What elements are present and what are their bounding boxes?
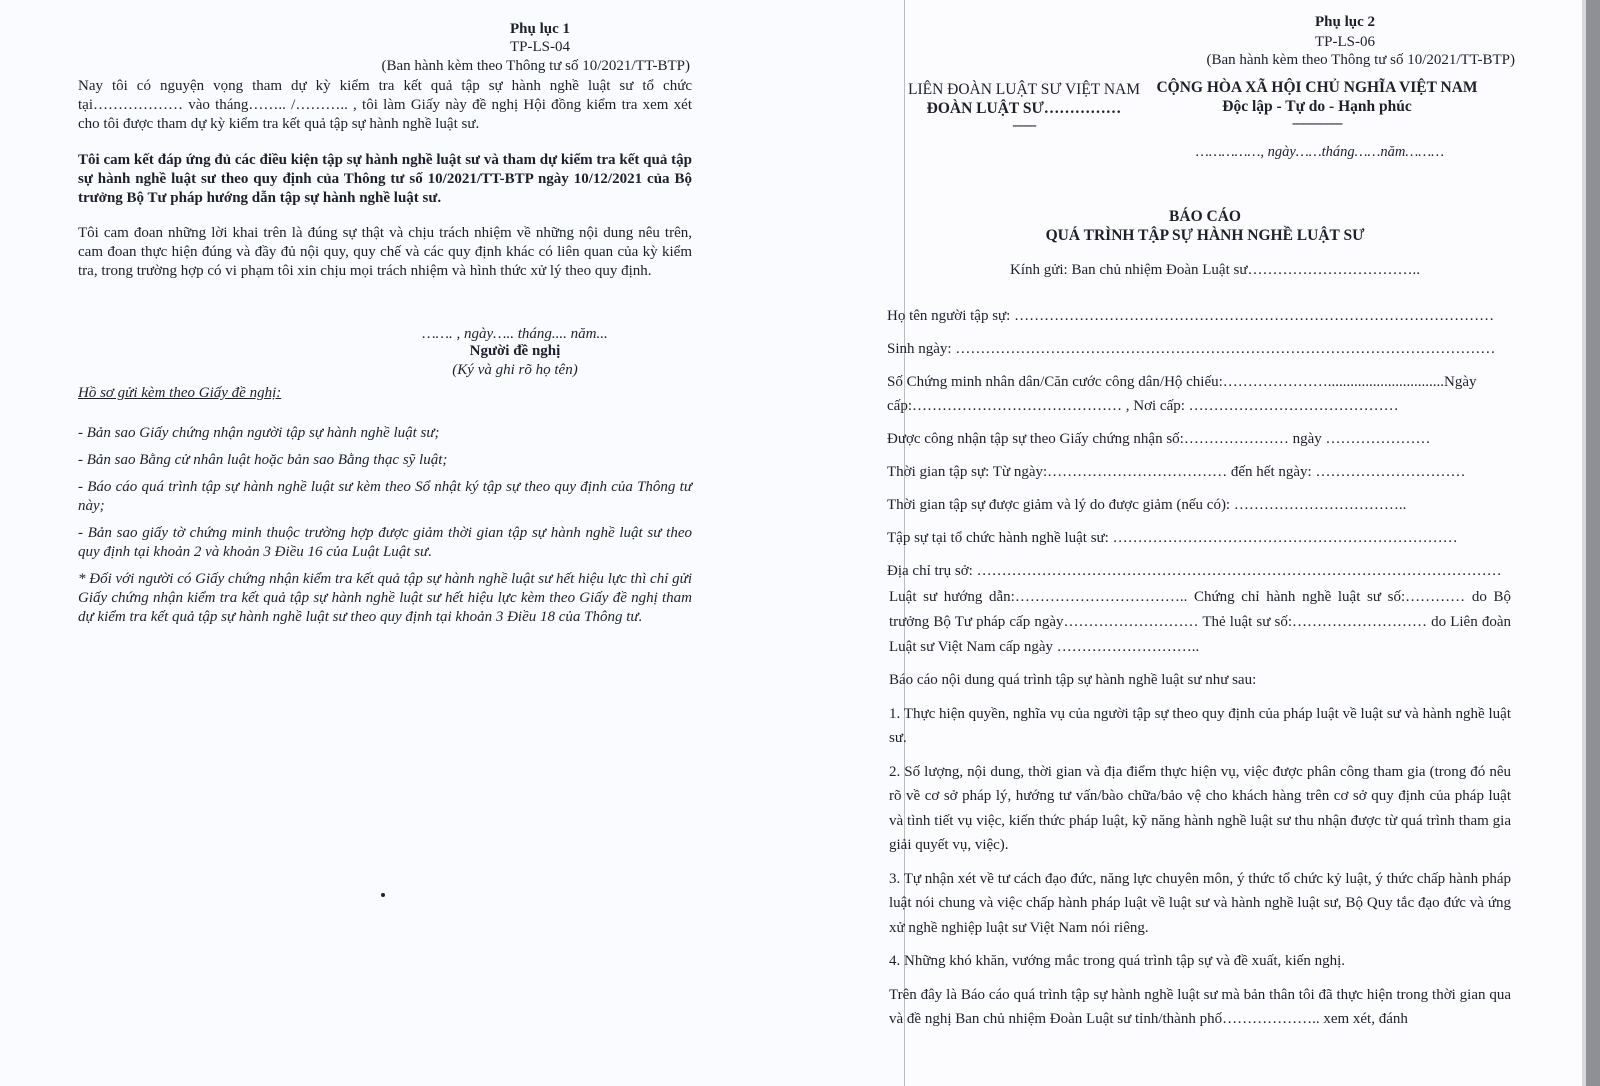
document-page-right: Phụ lục 2 TP-LS-06 (Ban hành kèm theo Th… [904, 0, 1585, 1086]
signature-title: Người đề nghị [400, 343, 630, 360]
nation-name: CỘNG HÒA XÃ HỘI CHỦ NGHĨA VIỆT NAM [1145, 78, 1489, 97]
report-body: Báo cáo nội dung quá trình tập sự hành n… [889, 668, 1511, 1041]
body-item-4: 4. Những khó khăn, vướng mắc trong quá t… [889, 949, 1511, 974]
organization-block: LIÊN ĐOÀN LUẬT SƯ VIỆT NAM ĐOÀN LUẬT SƯ…… [899, 80, 1149, 131]
attachments-list: - Bản sao Giấy chứng nhận người tập sự h… [78, 424, 692, 635]
report-title-line2: QUÁ TRÌNH TẬP SỰ HÀNH NGHỀ LUẬT SƯ [985, 226, 1425, 245]
field-full-name: Họ tên người tập sự: …………………………………………………… [887, 304, 1509, 337]
issued-note: (Ban hành kèm theo Thông tư số 10/2021/T… [1085, 52, 1515, 69]
appendix-title: Phụ lục 1 [440, 21, 640, 38]
attachment-note: * Đối với người có Giấy chứng nhận kiểm … [78, 570, 692, 627]
signature-note: (Ký và ghi rõ họ tên) [400, 362, 630, 379]
attachment-item: - Bản sao Giấy chứng nhận người tập sự h… [78, 424, 692, 443]
scan-speck [381, 893, 385, 897]
nation-motto: Độc lập - Tự do - Hạnh phúc [1145, 97, 1489, 116]
nation-rule: --------------- [1145, 116, 1489, 129]
field-id-number: Số Chứng minh nhân dân/Căn cước công dân… [887, 370, 1509, 394]
body-item-1: 1. Thực hiện quyền, nghĩa vụ của người t… [889, 702, 1511, 751]
field-birth-date: Sinh ngày: ……………………………………………………………………………… [887, 337, 1509, 370]
pledge-paragraph: Tôi cam đoan những lời khai trên là đúng… [78, 224, 692, 281]
organization-name: LIÊN ĐOÀN LUẬT SƯ VIỆT NAM [899, 80, 1149, 99]
place-date-line: ……………, ngày……tháng……năm……… [1155, 144, 1485, 161]
field-practice-organization: Tập sự tại tổ chức hành nghề luật sư: ……… [887, 526, 1509, 559]
document-page-left: Phụ lục 1 TP-LS-04 (Ban hành kèm theo Th… [0, 0, 904, 1086]
attachment-item: - Báo cáo quá trình tập sự hành nghề luậ… [78, 478, 692, 516]
field-reduced-period: Thời gian tập sự được giảm và lý do được… [887, 493, 1509, 526]
national-motto-block: CỘNG HÒA XÃ HỘI CHỦ NGHĨA VIỆT NAM Độc l… [1145, 78, 1489, 129]
body-closing: Trên đây là Báo cáo quá trình tập sự hàn… [889, 983, 1511, 1032]
issued-note: (Ban hành kèm theo Thông tư số 10/2021/T… [300, 58, 690, 75]
field-certificate-number: Được công nhận tập sự theo Giấy chứng nh… [887, 427, 1509, 460]
organization-rule: ------- [899, 118, 1149, 131]
commitment-paragraph: Tôi cam kết đáp ứng đủ các điều kiện tập… [78, 151, 692, 208]
recipient-line: Kính gửi: Ban chủ nhiệm Đoàn Luật sư…………… [905, 262, 1525, 279]
attachment-item: - Bản sao Bằng cử nhân luật hoặc bản sao… [78, 451, 692, 470]
body-item-3: 3. Tự nhận xét về tư cách đạo đức, năng … [889, 867, 1511, 941]
attachment-item: - Bản sao giấy tờ chứng minh thuộc trườn… [78, 524, 692, 562]
signature-date-line: ……. , ngày….. tháng.... năm... [400, 326, 630, 343]
request-paragraph: Nay tôi có nguyện vọng tham dự kỳ kiểm t… [78, 77, 692, 134]
report-title: BÁO CÁO QUÁ TRÌNH TẬP SỰ HÀNH NGHỀ LUẬT … [985, 207, 1425, 245]
trainee-info-form: Họ tên người tập sự: …………………………………………………… [887, 304, 1509, 592]
field-training-period: Thời gian tập sự: Từ ngày:……………………………… đ… [887, 460, 1509, 493]
scan-edge [1586, 0, 1600, 1086]
form-code: TP-LS-04 [440, 39, 640, 56]
body-item-2: 2. Số lượng, nội dung, thời gian và địa … [889, 760, 1511, 858]
attachments-heading: Hồ sơ gửi kèm theo Giấy đề nghị: [78, 385, 281, 402]
advisor-info: Luật sư hướng dẫn:…………………………….. Chứng ch… [889, 585, 1511, 660]
field-issue-place: cấp:…………………………………… , Nơi cấp: …………………………… [887, 394, 1509, 427]
body-intro: Báo cáo nội dung quá trình tập sự hành n… [889, 668, 1511, 693]
bar-association-name: ĐOÀN LUẬT SƯ…………… [899, 99, 1149, 118]
form-code: TP-LS-06 [1235, 34, 1455, 51]
report-title-line1: BÁO CÁO [985, 207, 1425, 226]
appendix-title: Phụ lục 2 [1235, 14, 1455, 31]
